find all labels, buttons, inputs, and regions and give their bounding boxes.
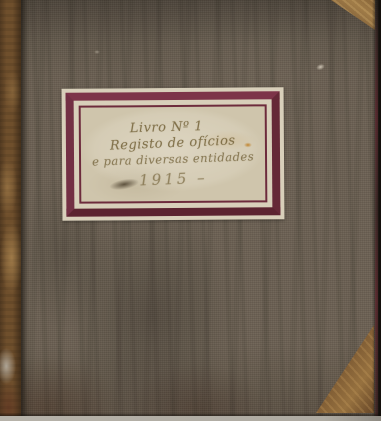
fore-edge-shadow [372,0,381,416]
label-maroon-frame: Livro Nº 1 Registo de ofícios e para div… [66,91,281,216]
wear-speck [94,50,100,54]
label-inner-panel: Livro Nº 1 Registo de ofícios e para div… [79,104,268,203]
amber-stain [244,142,252,147]
ink-blot [109,177,140,192]
book-photo: Livro Nº 1 Registo de ofícios e para div… [0,0,381,421]
leather-spine [0,0,21,416]
title-label: Livro Nº 1 Registo de ofícios e para div… [62,87,285,221]
background-surface [0,416,381,421]
spine-hinge-groove [21,0,30,416]
label-line-4-year: 1915 – [139,168,208,190]
